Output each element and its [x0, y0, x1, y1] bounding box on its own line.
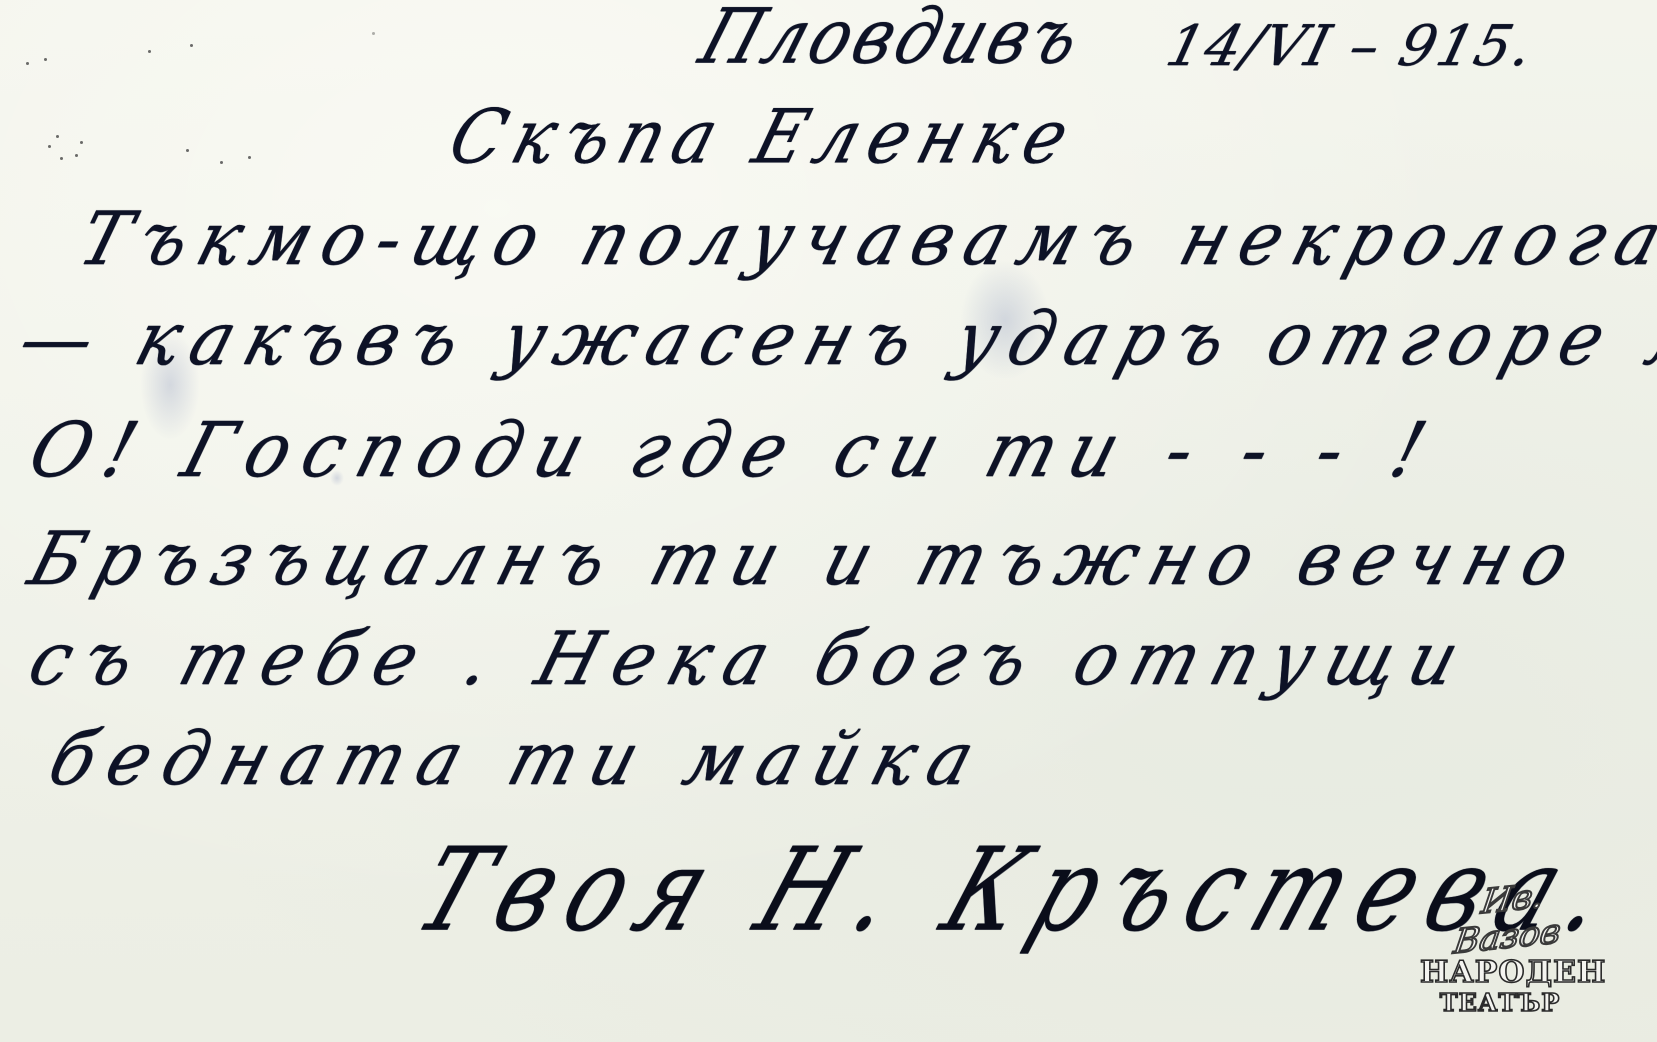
paper-speck [75, 154, 78, 157]
paper-speck [186, 149, 189, 152]
paper-speck [80, 141, 83, 144]
paper-speck [56, 135, 59, 138]
national-theatre-logo: Ив. Вазов НАРОДЕН ТЕАТЪР [1420, 880, 1580, 1010]
letter-line: бедната ти майка [40, 716, 998, 802]
letter-line: Бръзъцалнъ ти и тъжно вечно [20, 516, 1592, 602]
paper-speck [190, 44, 193, 47]
paper-speck [26, 62, 29, 65]
letter-line: О! Господи где си ти - - - ! [20, 406, 1449, 494]
letter-line: — какъвъ ужасенъ ударъ отгоре ми! [10, 296, 1657, 382]
paper-speck [60, 157, 63, 160]
paper-speck [148, 50, 151, 53]
letter-line: съ тебе . Нека богъ отпущи [20, 616, 1482, 702]
paper-speck [48, 145, 51, 148]
letter-line: Тъкмо-що получавамъ некролога [70, 196, 1657, 282]
paper-speck [44, 58, 47, 61]
logo-script-text: Ив. Вазов [1433, 873, 1587, 963]
paper-speck [220, 161, 223, 164]
paper-speck [372, 32, 375, 35]
logo-line-teatar: ТЕАТЪР [1420, 990, 1580, 1016]
letter-place: Пловдивъ [690, 0, 1095, 81]
letter-greeting: Скъпа Еленке [440, 94, 1088, 181]
paper-speck [248, 156, 251, 159]
letter-page: Пловдивъ 14/VI – 915. Скъпа Еленке Тъкмо… [0, 0, 1657, 1042]
letter-date: 14/VI – 915. [1160, 14, 1541, 79]
